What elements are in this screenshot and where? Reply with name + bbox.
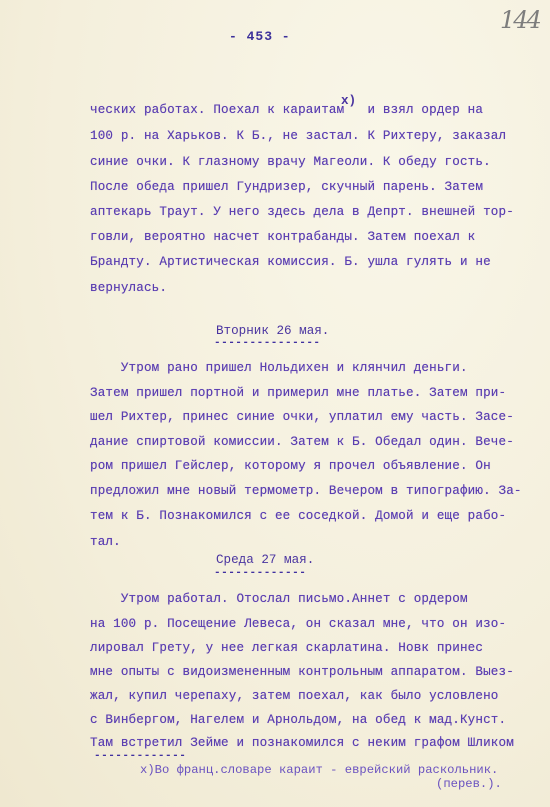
page-number: - 453 -	[229, 29, 291, 44]
text-line: мне опыты с видоизмененным контрольным а…	[90, 665, 514, 679]
archive-folio-number: 144	[500, 6, 540, 34]
text-line: лировал Грету, у нее легкая скарлатина. …	[90, 641, 483, 655]
text-line: 100 р. на Харьков. К Б., не застал. К Ри…	[90, 129, 506, 143]
text-line: дание спиртовой комиссии. Затем к Б. Обе…	[90, 435, 514, 449]
date-heading-wednesday: Среда 27 мая.	[216, 553, 314, 567]
footnote-text: x)Во франц.словаре караит - еврейский ра…	[140, 763, 498, 777]
text-line: синие очки. К глазному врачу Магеоли. К …	[90, 155, 491, 169]
text-line: Там встретил Зейме и познакомился с неки…	[90, 736, 514, 750]
text-line: Затем пришел портной и примерил мне плат…	[90, 386, 506, 400]
text-line: тем к Б. Познакомился с ее соседкой. Дом…	[90, 509, 506, 523]
document-page: - 453 - 144 x) ческих работах. Поехал к …	[0, 0, 550, 807]
date-heading-tuesday: Вторник 26 мая.	[216, 324, 329, 338]
footnote-separator: -------------	[94, 750, 186, 762]
text-line: предложил мне новый термометр. Вечером в…	[90, 484, 522, 498]
text-line: ром пришел Гейслер, которому я прочел об…	[90, 459, 491, 473]
text-line: шел Рихтер, принес синие очки, уплатил е…	[90, 410, 514, 424]
text-line: вернулась.	[90, 281, 167, 295]
heading-underline: -------------	[214, 567, 306, 579]
text-line: с Винбергом, Нагелем и Арнольдом, на обе…	[90, 713, 506, 727]
text-line: говли, вероятно насчет контрабанды. Зате…	[90, 230, 475, 244]
heading-underline: ---------------	[214, 337, 321, 349]
text-line: Брандту. Артистическая комиссия. Б. ушла…	[90, 255, 491, 269]
text-line: Утром рано пришел Нольдихен и клянчил де…	[90, 361, 468, 375]
text-line: ческих работах. Поехал к караитам и взял…	[90, 103, 483, 117]
text-line: аптекарь Траут. У него здесь дела в Депр…	[90, 205, 514, 219]
text-line: на 100 р. Посещение Левеса, он сказал мн…	[90, 617, 506, 631]
text-line: тал.	[90, 535, 121, 549]
text-line: жал, купил черепаху, затем поехал, как б…	[90, 689, 499, 703]
text-line: После обеда пришел Гундризер, скучный па…	[90, 180, 483, 194]
footnote-attribution: (перев.).	[436, 777, 502, 791]
text-line: Утром работал. Отослал письмо.Аннет с ор…	[90, 592, 468, 606]
